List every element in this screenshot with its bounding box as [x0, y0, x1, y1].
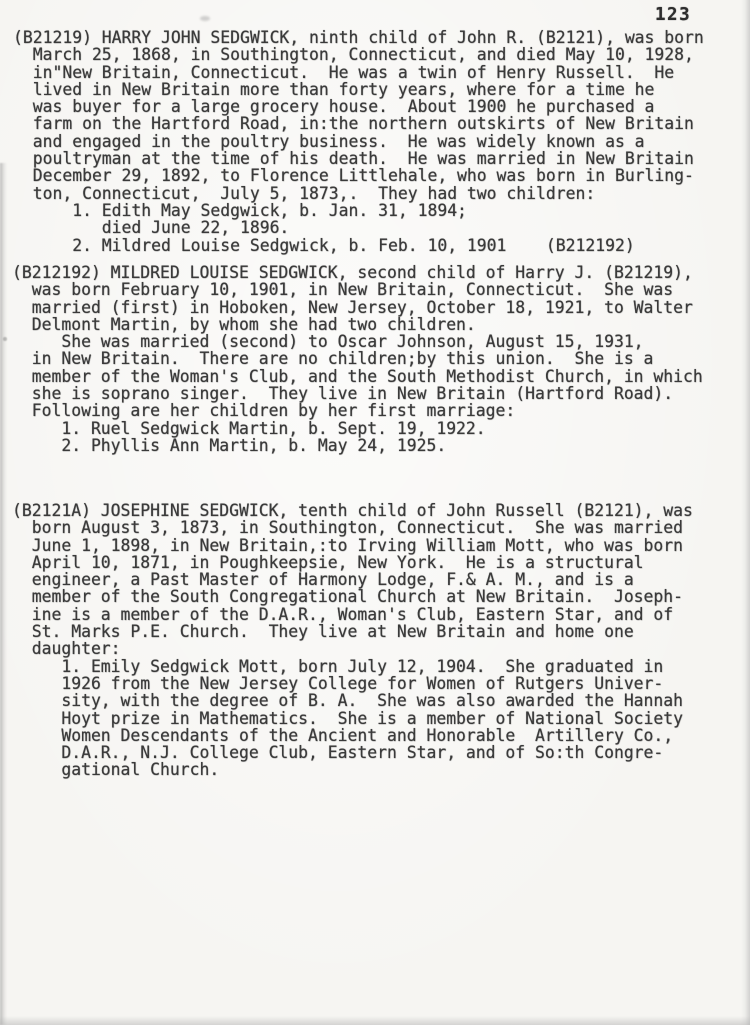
scanned-genealogy-page: 123 (B21219) HARRY JOHN SEDGWICK, ninth … [0, 0, 750, 1025]
entry-paragraph-B21219: (B21219) HARRY JOHN SEDGWICK, ninth chil… [13, 29, 704, 254]
entry-paragraph-B212192: (B212192) MILDRED LOUISE SEDGWICK, secon… [12, 264, 703, 454]
entry-paragraph-B2121A: (B2121A) JOSEPHINE SEDGWICK, tenth child… [12, 502, 693, 779]
scan-speck [448, 57, 455, 60]
scan-speck [200, 16, 210, 21]
scan-edge-left [0, 163, 7, 1025]
scan-speck [3, 337, 7, 341]
page-number: 123 [655, 5, 691, 25]
scan-edge-bottom [0, 1016, 750, 1025]
scan-edge-right [741, 0, 750, 1025]
